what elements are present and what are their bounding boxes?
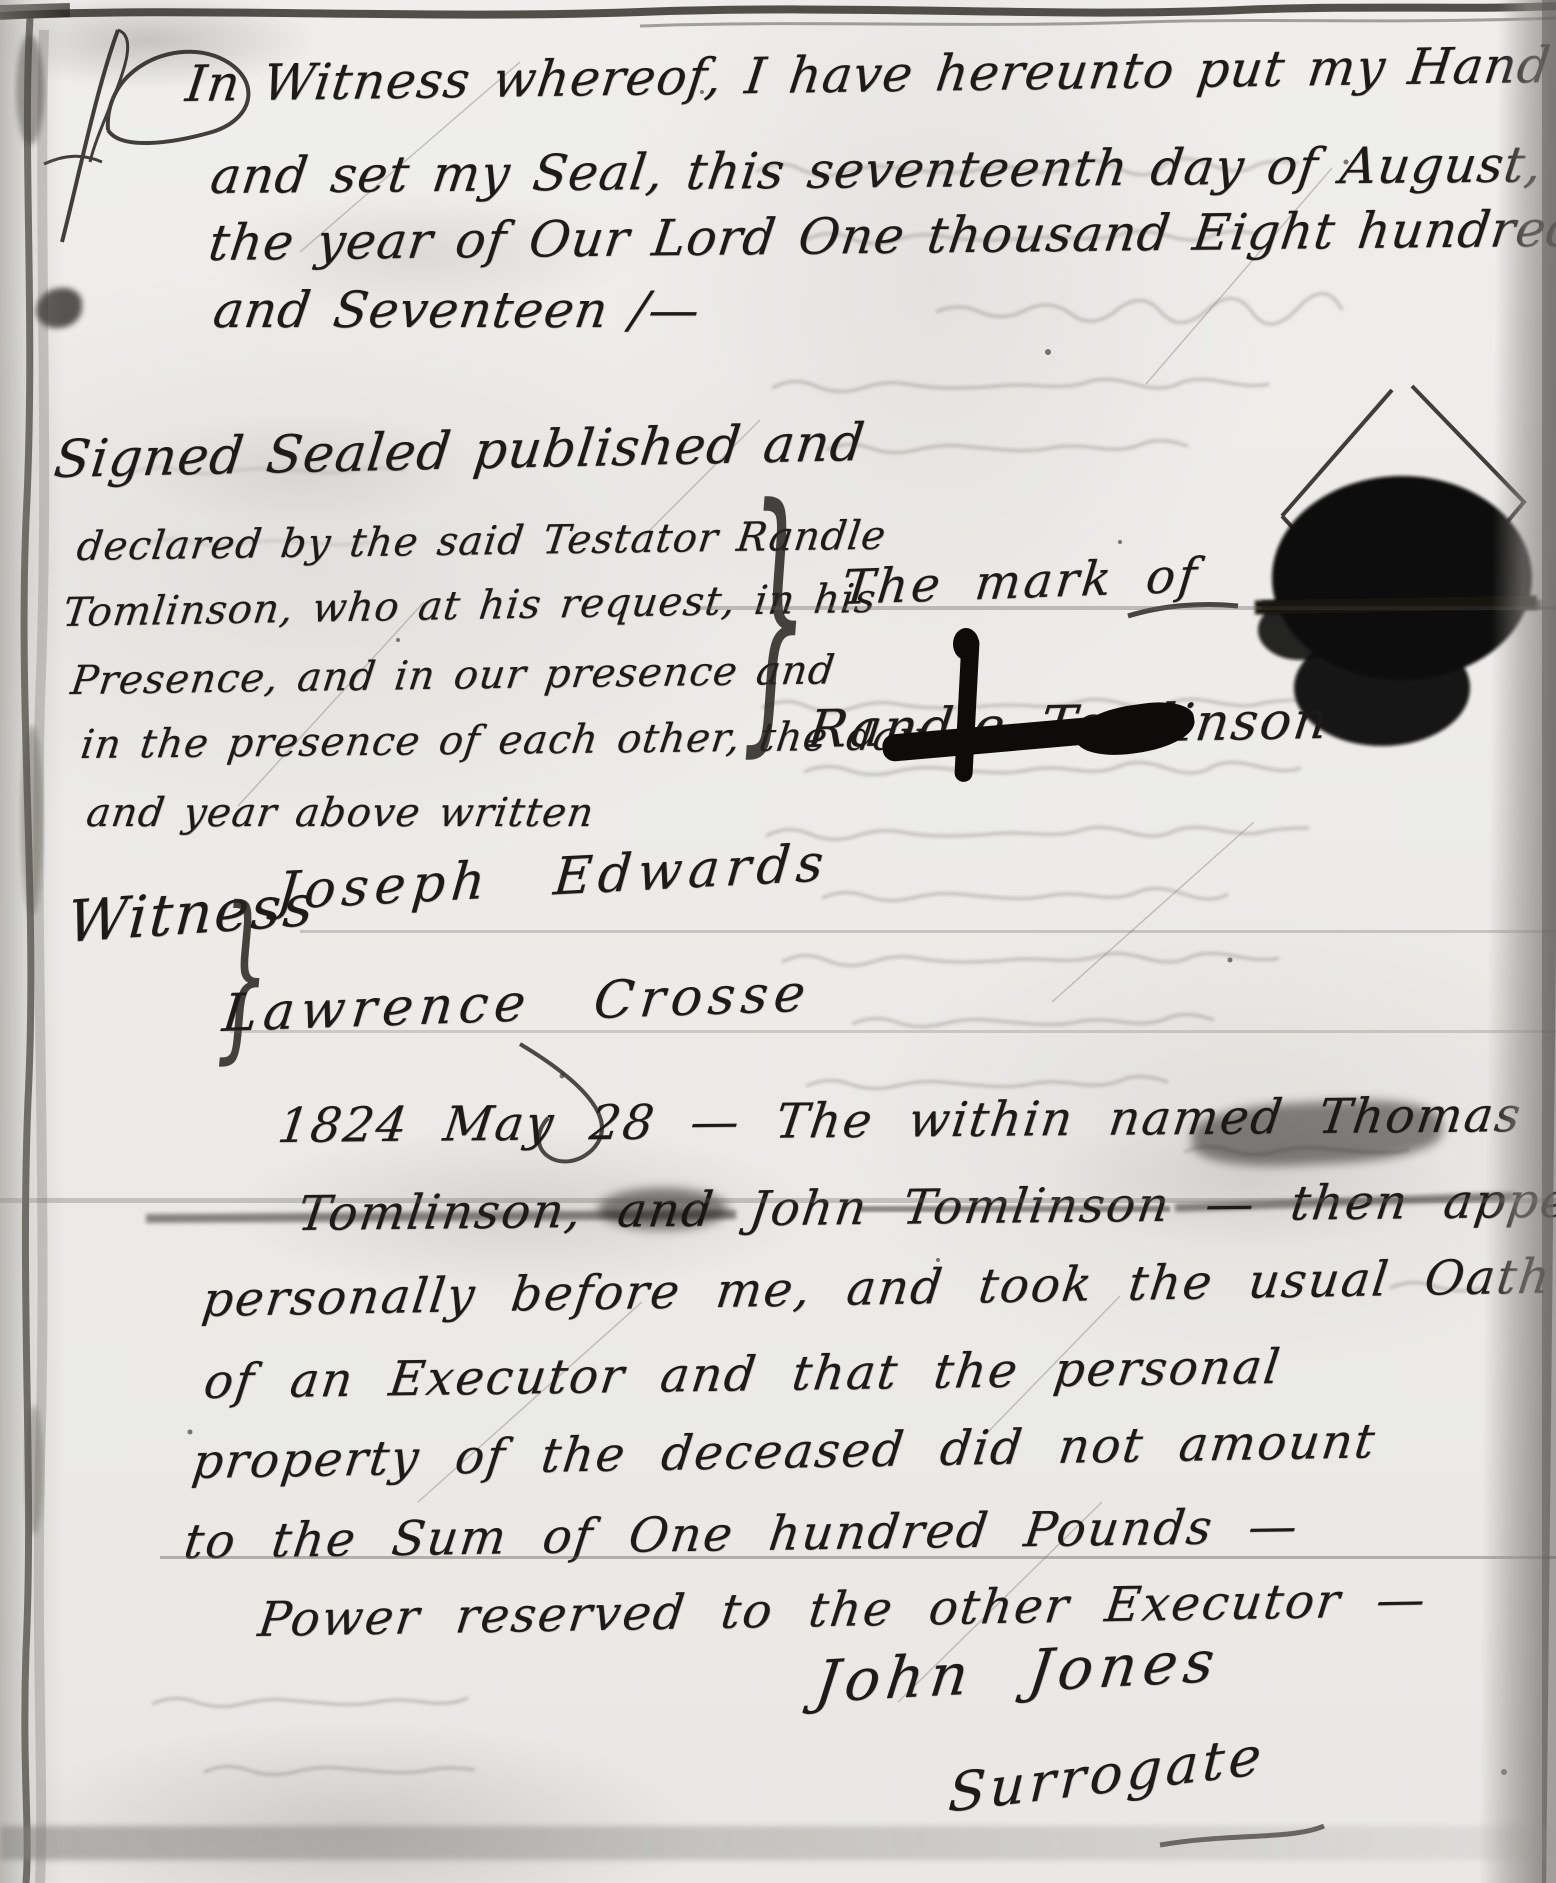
testimonium-line-2: and set my Seal, this seventeenth day of… bbox=[207, 135, 1556, 205]
probate-line-5: property of the deceased did not amount bbox=[189, 1413, 1379, 1490]
testimonium-line-1: In Witness whereof, I have hereunto put … bbox=[183, 36, 1555, 113]
mark-caption: The mark of bbox=[839, 548, 1202, 616]
top-edge bbox=[0, 6, 1556, 26]
probate-line-1: 1824 May 28 — The within named Thomas bbox=[275, 1087, 1526, 1154]
witness-signature-2: Lawrence Crosse bbox=[220, 964, 815, 1044]
probate-line-2: Tomlinson, and John Tomlinson — then app… bbox=[295, 1171, 1556, 1242]
testator-name: Randle Tomlinson bbox=[805, 691, 1333, 760]
left-edge-shadow bbox=[0, 0, 64, 1883]
probate-line-3: personally before me, and took the usual… bbox=[199, 1249, 1555, 1328]
probate-line-6: to the Sum of One hundred Pounds — bbox=[181, 1498, 1302, 1570]
attestation-line-4: Presence, and in our presence and bbox=[68, 647, 838, 704]
document-page: In Witness whereof, I have hereunto put … bbox=[0, 0, 1556, 1883]
witness-signature-1: Joseph Edwards bbox=[275, 833, 832, 922]
testimonium-line-4: and Seventeen /— bbox=[210, 281, 704, 339]
attestation-line-6: and year above written bbox=[84, 790, 598, 836]
mark-caption-tail-stroke bbox=[1128, 604, 1238, 616]
surrogate-signature: John Jones bbox=[812, 1627, 1225, 1716]
attestation-brace: } bbox=[742, 448, 809, 781]
seal-diamond-outline bbox=[1282, 386, 1524, 638]
surrogate-title: Surrogate bbox=[947, 1724, 1267, 1825]
fold-crease-2 bbox=[300, 930, 1556, 933]
witness-brace: } bbox=[216, 868, 269, 1081]
right-edge-dark-strip bbox=[1542, 0, 1556, 1883]
probate-line-7: Power reserved to the other Executor — bbox=[255, 1572, 1430, 1648]
cross-mark-knob bbox=[953, 628, 979, 660]
bottom-fold-shadow bbox=[0, 1826, 1556, 1860]
testimonium-line-3: the year of Our Lord One thousand Eight … bbox=[205, 199, 1556, 272]
probate-line-4: of an Executor and that the personal bbox=[201, 1339, 1285, 1410]
